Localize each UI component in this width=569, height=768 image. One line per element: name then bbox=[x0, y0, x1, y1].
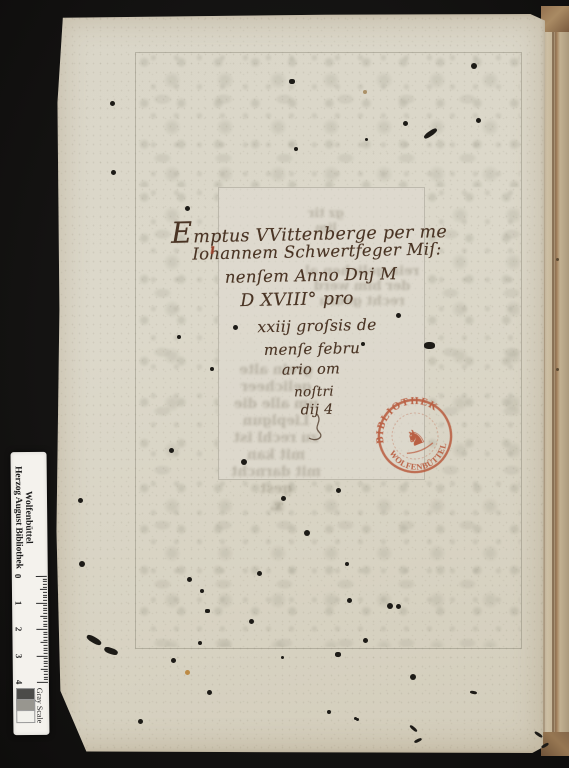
ruler-tick bbox=[43, 661, 48, 662]
ruler-number: 1 bbox=[13, 600, 23, 605]
ruler-tick bbox=[43, 594, 48, 595]
ruler-tick bbox=[43, 618, 48, 619]
embossed-border-top bbox=[135, 52, 520, 187]
ruler-tick bbox=[43, 610, 48, 611]
ruler-tick bbox=[42, 586, 47, 587]
ruler-tick bbox=[43, 674, 48, 675]
ruler-tick bbox=[43, 645, 48, 646]
ruler-tick bbox=[36, 629, 47, 630]
ruler-number: 0 bbox=[13, 574, 23, 579]
inscription-line: ario om bbox=[282, 361, 340, 378]
ruler-tick bbox=[42, 581, 47, 582]
ruler-tick bbox=[40, 616, 48, 617]
inscription-line: nenſem Anno Dnj M bbox=[225, 264, 398, 287]
ruler-tick bbox=[43, 658, 48, 659]
ruler-tick bbox=[43, 679, 48, 680]
ruler-tick bbox=[43, 608, 48, 609]
inscription-line: menſe febru bbox=[264, 339, 360, 359]
ruler-tick bbox=[43, 666, 48, 667]
ruler-tick bbox=[43, 637, 48, 638]
ruler-tick bbox=[43, 677, 48, 678]
binding-corner-top bbox=[541, 6, 569, 32]
ruler-tick bbox=[43, 597, 48, 598]
book-fore-edge bbox=[541, 6, 569, 756]
ruler-tick bbox=[43, 671, 48, 672]
ruler-tick bbox=[43, 621, 48, 622]
pen-flourish bbox=[305, 412, 335, 442]
book-page: gz tirlimrein gelichen alder bim werdrec… bbox=[55, 14, 545, 753]
inscription-line: Iohannem Schwertfeger Miſ: bbox=[192, 239, 442, 263]
ruler-tick bbox=[43, 605, 48, 606]
ruler-number: 2 bbox=[14, 627, 24, 632]
ruler-tick bbox=[43, 613, 48, 614]
ruler-tick bbox=[43, 600, 48, 601]
gray-scale-swatch bbox=[16, 710, 35, 723]
ruler-tick bbox=[36, 602, 47, 603]
ruler-tick bbox=[43, 624, 48, 625]
ruler-tick bbox=[43, 631, 48, 632]
ruler-tick bbox=[40, 669, 48, 670]
ruler-tick bbox=[43, 626, 48, 627]
inscription-line: noſtri bbox=[294, 384, 334, 401]
ruler-tick bbox=[42, 592, 47, 593]
ruler-tick bbox=[42, 578, 47, 579]
inscription-line: xxiij groſsis de bbox=[257, 316, 377, 336]
ruler-tick bbox=[43, 634, 48, 635]
fore-edge-crease bbox=[552, 6, 554, 756]
ruler-tick bbox=[43, 639, 48, 640]
digitized-book-photograph: gz tirlimrein gelichen alder bim werdrec… bbox=[0, 0, 569, 768]
ruler-tick bbox=[40, 642, 48, 643]
ruler-tick bbox=[43, 653, 48, 654]
ruler-tick bbox=[43, 650, 48, 651]
binding-corner-bottom bbox=[541, 732, 569, 756]
ruler-number: 4 bbox=[14, 680, 24, 685]
inscription-line: D XVIII° pro bbox=[240, 289, 354, 311]
reference-scale-strip: Herzog August Bibliothek Wolfenbüttel 01… bbox=[11, 452, 50, 735]
ruler-tick bbox=[43, 663, 48, 664]
gray-scale-label: Gray Scale bbox=[35, 688, 45, 752]
ruler-tick bbox=[39, 589, 47, 590]
ruler-tick bbox=[37, 655, 48, 656]
ruler-tick bbox=[43, 647, 48, 648]
ruler-tick bbox=[37, 682, 48, 683]
ruler-tick bbox=[42, 584, 47, 585]
ruler-number: 3 bbox=[14, 653, 24, 658]
ruler-tick bbox=[36, 576, 47, 577]
